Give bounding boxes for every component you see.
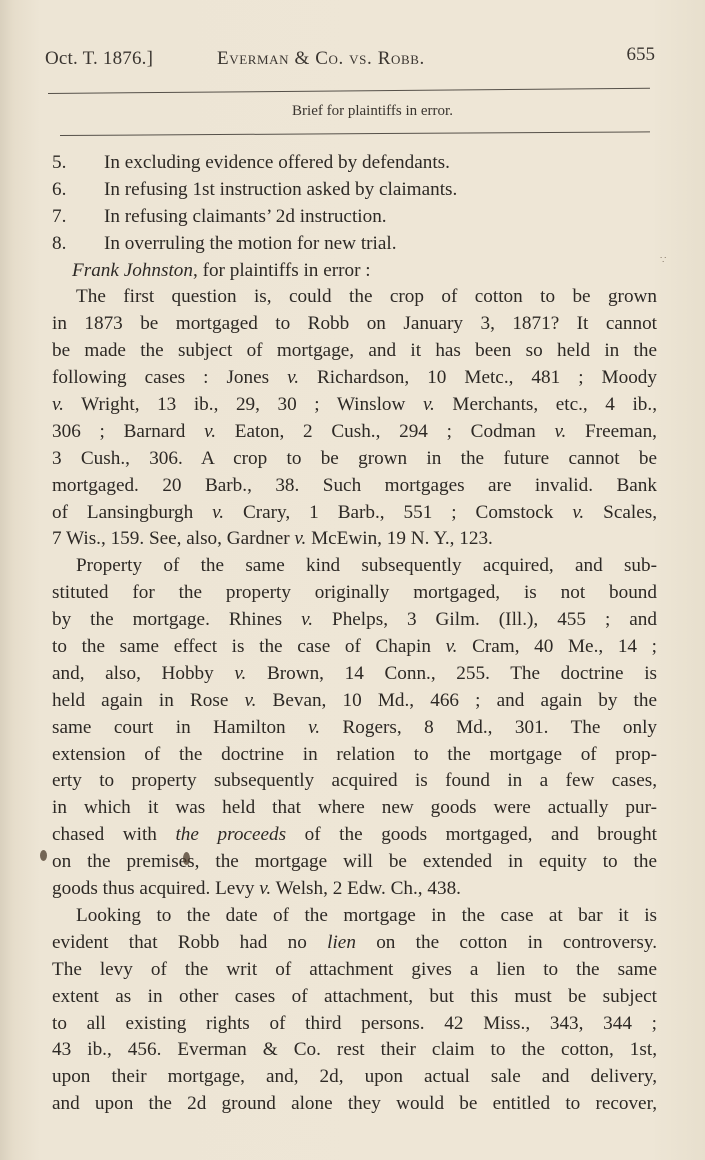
text-line: and upon the 2d ground alone they would … bbox=[52, 1091, 657, 1118]
counsel-line: Frank Johnston, for plaintiffs in error … bbox=[52, 258, 657, 285]
assignment-text: In refusing claimants’ 2d instruction. bbox=[104, 206, 387, 227]
versus-abbrev: v. bbox=[234, 663, 246, 684]
text-line: be made the subject of mortgage, and it … bbox=[52, 338, 657, 365]
assignment-text: In refusing 1st instruction asked by cla… bbox=[104, 179, 457, 200]
text-line: 3 Cush., 306. A crop to be grown in the … bbox=[52, 446, 657, 473]
assignment-number: 5. bbox=[52, 150, 74, 177]
page-number: 655 bbox=[627, 44, 656, 66]
assignment-item: 7.In refusing claimants’ 2d instruction. bbox=[52, 204, 657, 231]
running-head: Oct. T. 1876.] Everman & Co. vs. Robb. 6… bbox=[45, 48, 655, 78]
versus-abbrev: v. bbox=[259, 878, 271, 899]
text-line: 306 ; Barnard v. Eaton, 2 Cush., 294 ; C… bbox=[52, 419, 657, 446]
versus-abbrev: v. bbox=[301, 609, 313, 630]
text-line: Property of the same kind subsequently a… bbox=[52, 553, 657, 580]
text-line: mortgaged. 20 Barb., 38. Such mortgages … bbox=[52, 473, 657, 500]
page-speck: ∵ bbox=[660, 255, 666, 266]
text-line: upon their mortgage, and, 2d, upon actua… bbox=[52, 1064, 657, 1091]
paragraph-crop-mortgage: The first question is, could the crop of… bbox=[52, 284, 657, 553]
text-line: on the premises, the mortgage will be ex… bbox=[52, 849, 657, 876]
book-page: Oct. T. 1876.] Everman & Co. vs. Robb. 6… bbox=[0, 0, 705, 1160]
text-line: held again in Rose v. Bevan, 10 Md., 466… bbox=[52, 688, 657, 715]
counsel-role: , for plaintiffs in error : bbox=[193, 260, 371, 281]
paragraph-lien: Looking to the date of the mortgage in t… bbox=[52, 903, 657, 1118]
assignment-item: 6.In refusing 1st instruction asked by c… bbox=[52, 177, 657, 204]
versus-abbrev: v. bbox=[287, 367, 299, 388]
emphasis: the proceeds bbox=[175, 824, 286, 845]
text-line: The first question is, could the crop of… bbox=[52, 284, 657, 311]
header-rule-bottom bbox=[60, 131, 650, 136]
text-line: extension of the doctrine in relation to… bbox=[52, 742, 657, 769]
text-line: in which it was held that where new good… bbox=[52, 795, 657, 822]
term-label: Oct. T. 1876.] bbox=[45, 48, 153, 70]
case-title: Everman & Co. vs. Robb. bbox=[217, 48, 425, 70]
versus-abbrev: v. bbox=[245, 690, 257, 711]
text-line: v. Wright, 13 ib., 29, 30 ; Winslow v. M… bbox=[52, 392, 657, 419]
assignment-text: In excluding evidence offered by defenda… bbox=[104, 152, 450, 173]
text-line: in 1873 be mortgaged to Robb on January … bbox=[52, 311, 657, 338]
versus-abbrev: v. bbox=[554, 421, 566, 442]
versus-abbrev: v. bbox=[212, 502, 224, 523]
versus-abbrev: v. bbox=[423, 394, 435, 415]
versus-abbrev: v. bbox=[308, 717, 320, 738]
emphasis: lien bbox=[327, 932, 356, 953]
text-line: erty to property subsequently acquired i… bbox=[52, 768, 657, 795]
text-line: The levy of the writ of attachment gives… bbox=[52, 957, 657, 984]
versus-abbrev: v. bbox=[294, 528, 306, 549]
text-line: goods thus acquired. Levy v. Welsh, 2 Ed… bbox=[52, 876, 657, 903]
paragraph-subsequent-property: Property of the same kind subsequently a… bbox=[52, 553, 657, 903]
counsel-name: Frank Johnston bbox=[72, 260, 193, 281]
text-line: 7 Wis., 159. See, also, Gardner v. McEwi… bbox=[52, 526, 657, 553]
text-line: same court in Hamilton v. Rogers, 8 Md.,… bbox=[52, 715, 657, 742]
page-stain bbox=[183, 852, 190, 865]
text-line: by the mortgage. Rhines v. Phelps, 3 Gil… bbox=[52, 607, 657, 634]
assignment-number: 6. bbox=[52, 177, 74, 204]
text-line: to all existing rights of third persons.… bbox=[52, 1011, 657, 1038]
text-line: chased with the proceeds of the goods mo… bbox=[52, 822, 657, 849]
assignment-item: 5.In excluding evidence offered by defen… bbox=[52, 150, 657, 177]
text-line: Looking to the date of the mortgage in t… bbox=[52, 903, 657, 930]
text-line: 43 ib., 456. Everman & Co. rest their cl… bbox=[52, 1037, 657, 1064]
header-rule-top bbox=[48, 88, 650, 94]
text-line: following cases : Jones v. Richardson, 1… bbox=[52, 365, 657, 392]
assignment-item: 8.In overruling the motion for new trial… bbox=[52, 231, 657, 258]
text-line: and, also, Hobby v. Brown, 14 Conn., 255… bbox=[52, 661, 657, 688]
text-line: stituted for the property originally mor… bbox=[52, 580, 657, 607]
body-text: 5.In excluding evidence offered by defen… bbox=[52, 150, 657, 1118]
text-line: of Lansingburgh v. Crary, 1 Barb., 551 ;… bbox=[52, 500, 657, 527]
versus-abbrev: v. bbox=[572, 502, 584, 523]
section-subhead: Brief for plaintiffs in error. bbox=[0, 103, 705, 120]
text-line: evident that Robb had no lien on the cot… bbox=[52, 930, 657, 957]
versus-abbrev: v. bbox=[446, 636, 458, 657]
assignment-number: 8. bbox=[52, 231, 74, 258]
text-line: to the same effect is the case of Chapin… bbox=[52, 634, 657, 661]
text-line: extent as in other cases of attachment, … bbox=[52, 984, 657, 1011]
assignments-of-error: 5.In excluding evidence offered by defen… bbox=[52, 150, 657, 258]
versus-abbrev: v. bbox=[52, 394, 64, 415]
assignment-text: In overruling the motion for new trial. bbox=[104, 233, 397, 254]
assignment-number: 7. bbox=[52, 204, 74, 231]
page-stain bbox=[40, 850, 47, 861]
versus-abbrev: v. bbox=[204, 421, 216, 442]
